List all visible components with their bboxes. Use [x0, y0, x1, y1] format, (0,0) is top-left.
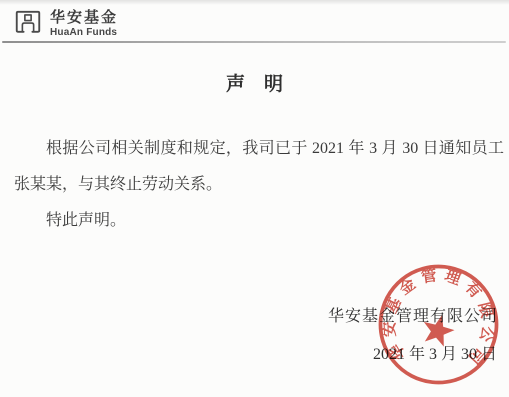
huaan-gate-icon	[13, 8, 43, 40]
logo-name-cn: 华安基金	[50, 10, 118, 25]
svg-text:华安基金管理有限公司: 华安基金管理有限公司	[374, 259, 503, 375]
logo-text: 华安基金 HuaAn Funds	[50, 10, 118, 38]
paragraph-closing: 特此声明。	[14, 203, 504, 239]
header-divider	[2, 41, 506, 43]
seal-text: 华安基金管理有限公司	[374, 259, 503, 375]
document-title: 声 明	[0, 69, 509, 96]
company-logo: 华安基金 HuaAn Funds	[13, 8, 118, 40]
statement-document: 华安基金 HuaAn Funds 声 明 根据公司相关制度和规定，我司已于 20…	[0, 0, 509, 397]
seal-star-icon	[419, 311, 458, 348]
logo-name-en: HuaAn Funds	[50, 28, 118, 38]
seal-graphic: 华安基金管理有限公司	[370, 256, 508, 394]
document-body: 根据公司相关制度和规定，我司已于 2021 年 3 月 30 日通知员工张某某，…	[14, 131, 504, 239]
company-seal-stamp: 华安基金管理有限公司	[370, 256, 508, 394]
paragraph-notice: 根据公司相关制度和规定，我司已于 2021 年 3 月 30 日通知员工张某某，…	[14, 131, 504, 203]
